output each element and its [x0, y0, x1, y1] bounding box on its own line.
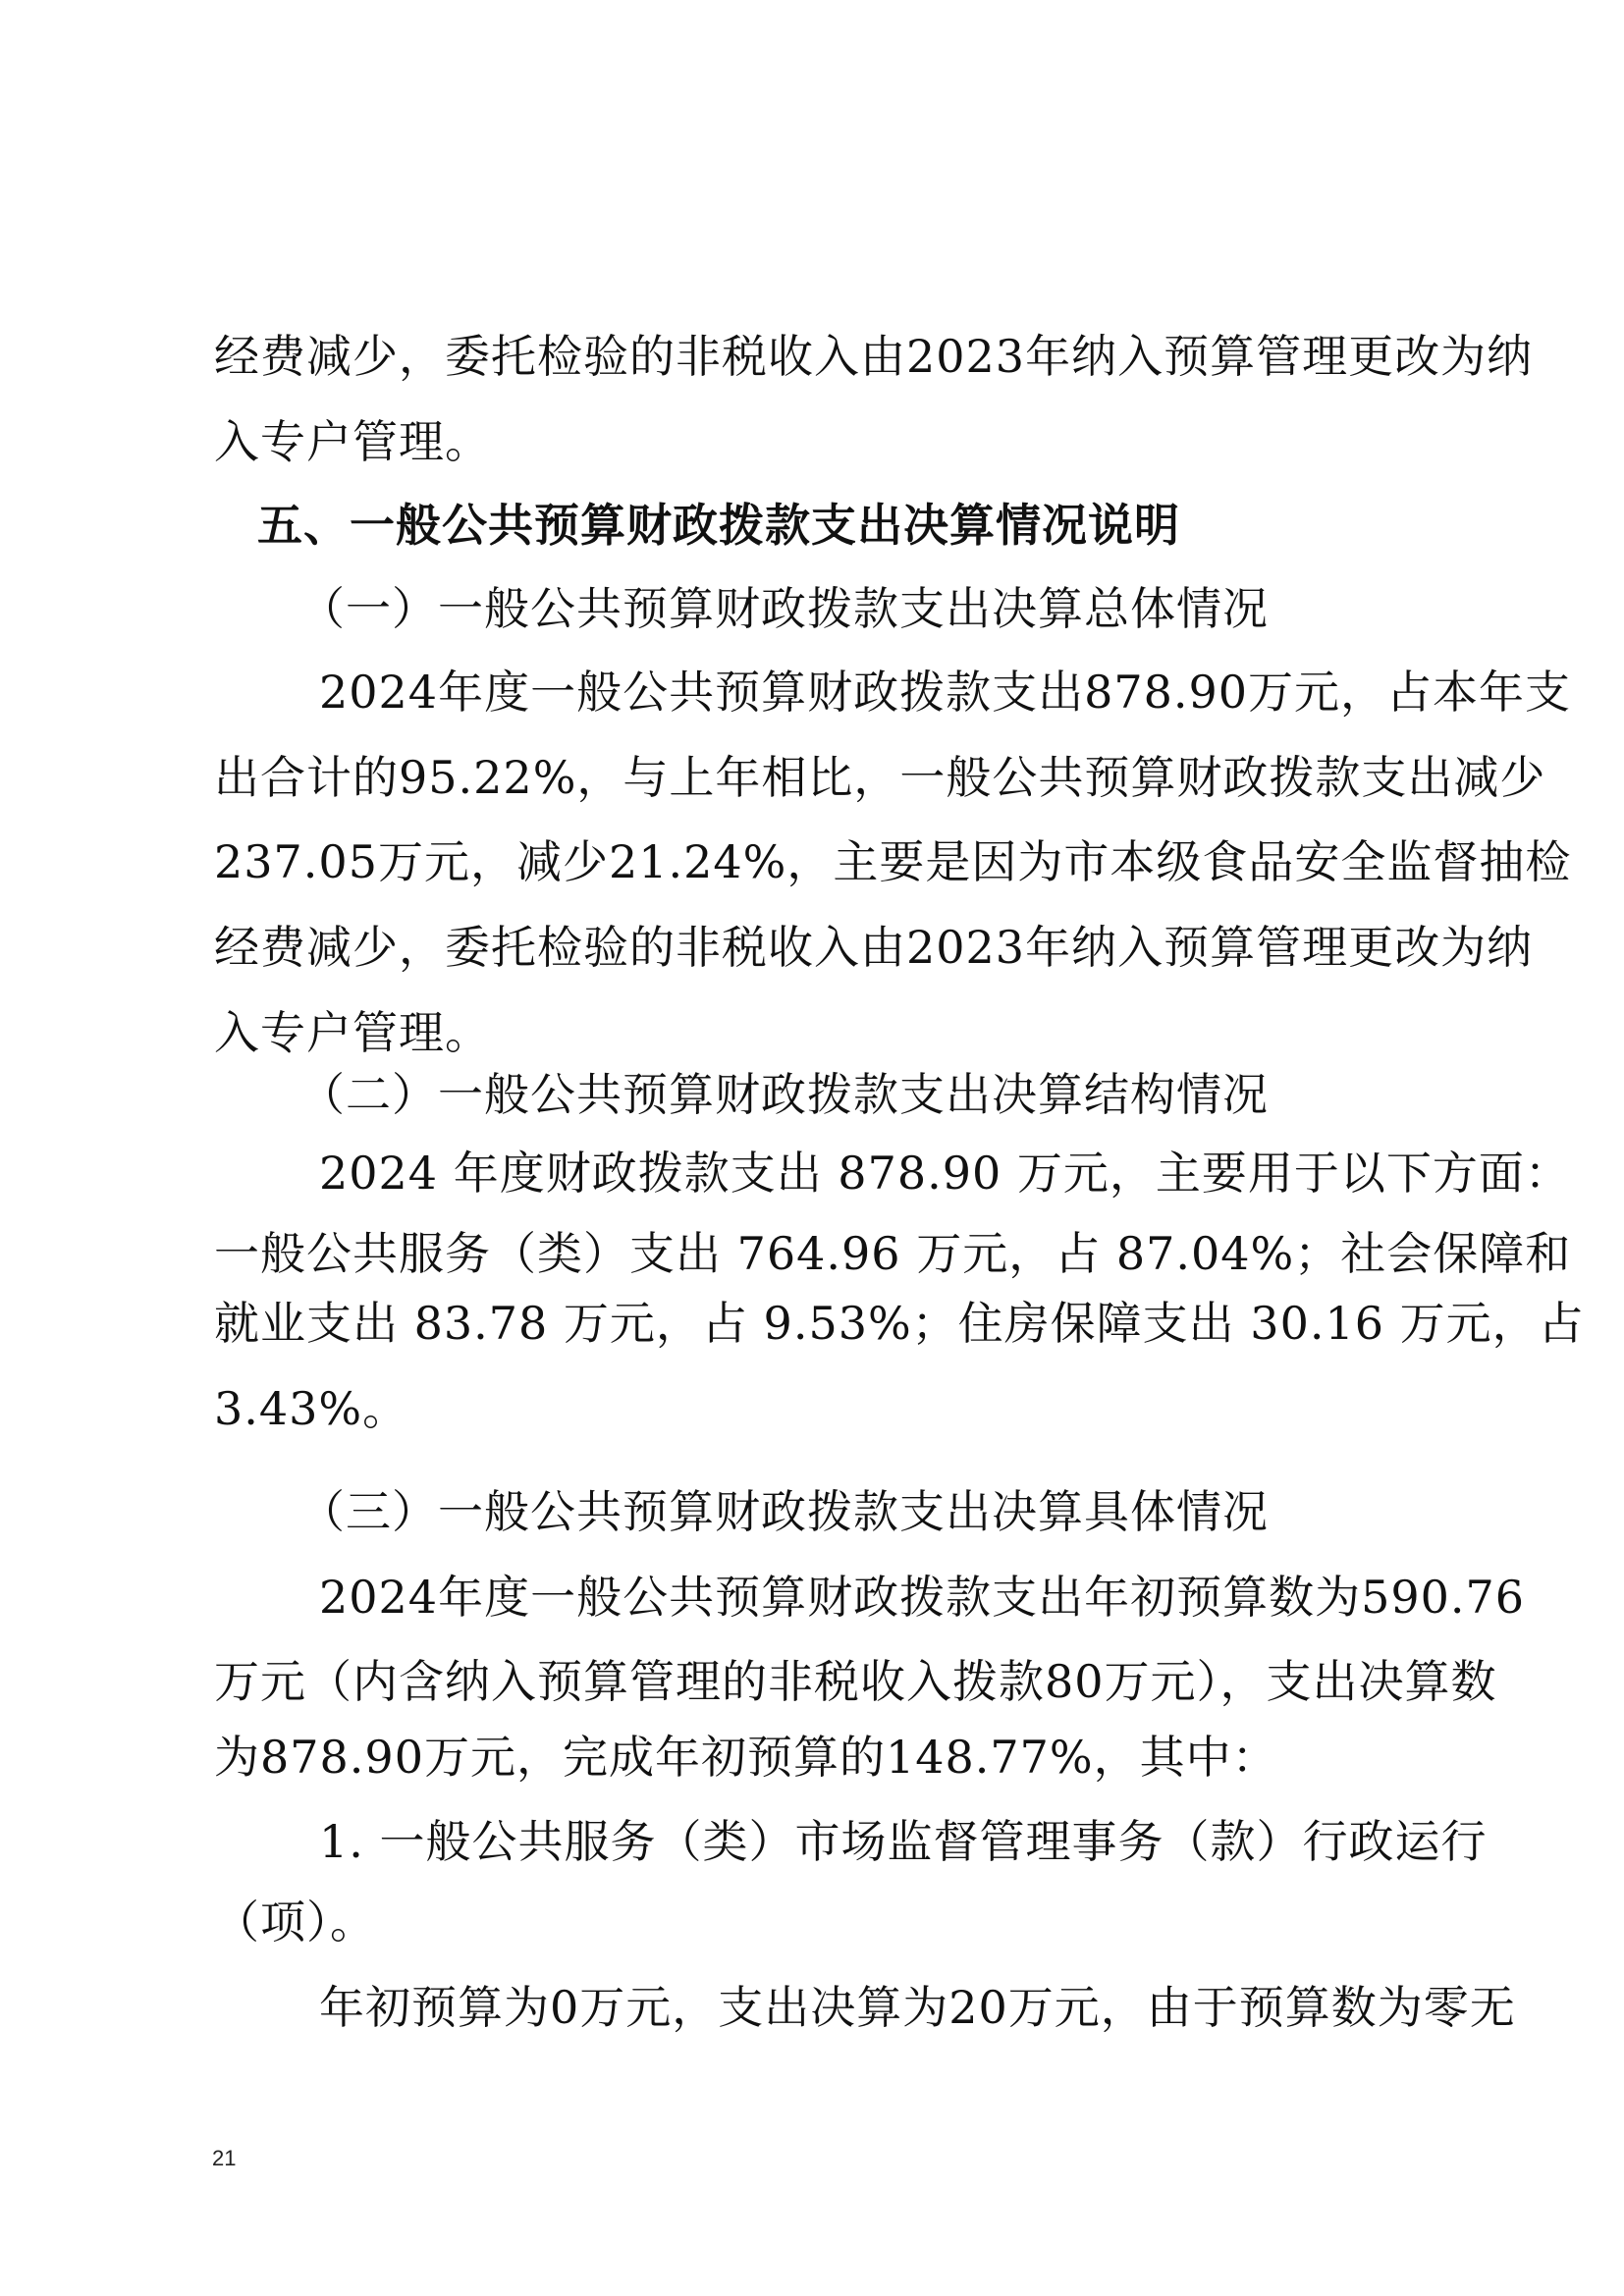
- paragraph-line: 2024年度一般公共预算财政拨款支出年初预算数为590.76: [319, 1568, 1422, 1627]
- paragraph-line: 万元（内含纳入预算管理的非税收入拨款80万元），支出决算数: [214, 1652, 1422, 1711]
- paragraph-line: 2024 年度财政拨款支出 878.90 万元，主要用于以下方面：: [319, 1144, 1422, 1202]
- subsection-heading: （三）一般公共预算财政拨款支出决算具体情况: [299, 1482, 1507, 1541]
- section-heading: 五、一般公共预算财政拨款支出决算情况说明: [257, 496, 1465, 555]
- subsection-heading: （一）一般公共预算财政拨款支出决算总体情况: [299, 579, 1507, 638]
- list-item-heading: （项）。: [214, 1893, 1422, 1951]
- paragraph-line: 年初预算为0万元，支出决算为20万元，由于预算数为零无: [319, 1978, 1422, 2037]
- document-page: 经费减少，委托检验的非税收入由2023年纳入预算管理更改为纳 入专户管理。 五、…: [0, 0, 1624, 2296]
- paragraph-line: 为878.90万元，完成年初预算的148.77%，其中：: [214, 1728, 1422, 1787]
- paragraph-line: 3.43%。: [214, 1379, 1422, 1438]
- paragraph-line: 出合计的95.22%，与上年相比，一般公共预算财政拨款支出减少: [214, 748, 1422, 807]
- list-item-heading: 1. 一般公共服务（类）市场监督管理事务（款）行政运行: [319, 1812, 1422, 1871]
- paragraph-line: 2024年度一般公共预算财政拨款支出878.90万元，占本年支: [319, 663, 1422, 721]
- paragraph-line: 入专户管理。: [214, 1003, 1422, 1062]
- paragraph-line: 入专户管理。: [214, 412, 1422, 471]
- page-number: 21: [212, 2146, 236, 2171]
- paragraph-line: 经费减少，委托检验的非税收入由2023年纳入预算管理更改为纳: [214, 327, 1422, 386]
- subsection-heading: （二）一般公共预算财政拨款支出决算结构情况: [299, 1065, 1507, 1124]
- paragraph-line: 就业支出 83.78 万元，占 9.53%；住房保障支出 30.16 万元，占: [214, 1294, 1422, 1353]
- paragraph-line: 经费减少，委托检验的非税收入由2023年纳入预算管理更改为纳: [214, 918, 1422, 977]
- paragraph-line: 237.05万元，减少21.24%，主要是因为市本级食品安全监督抽检: [214, 832, 1422, 891]
- paragraph-line: 一般公共服务（类）支出 764.96 万元，占 87.04%；社会保障和: [214, 1224, 1422, 1283]
